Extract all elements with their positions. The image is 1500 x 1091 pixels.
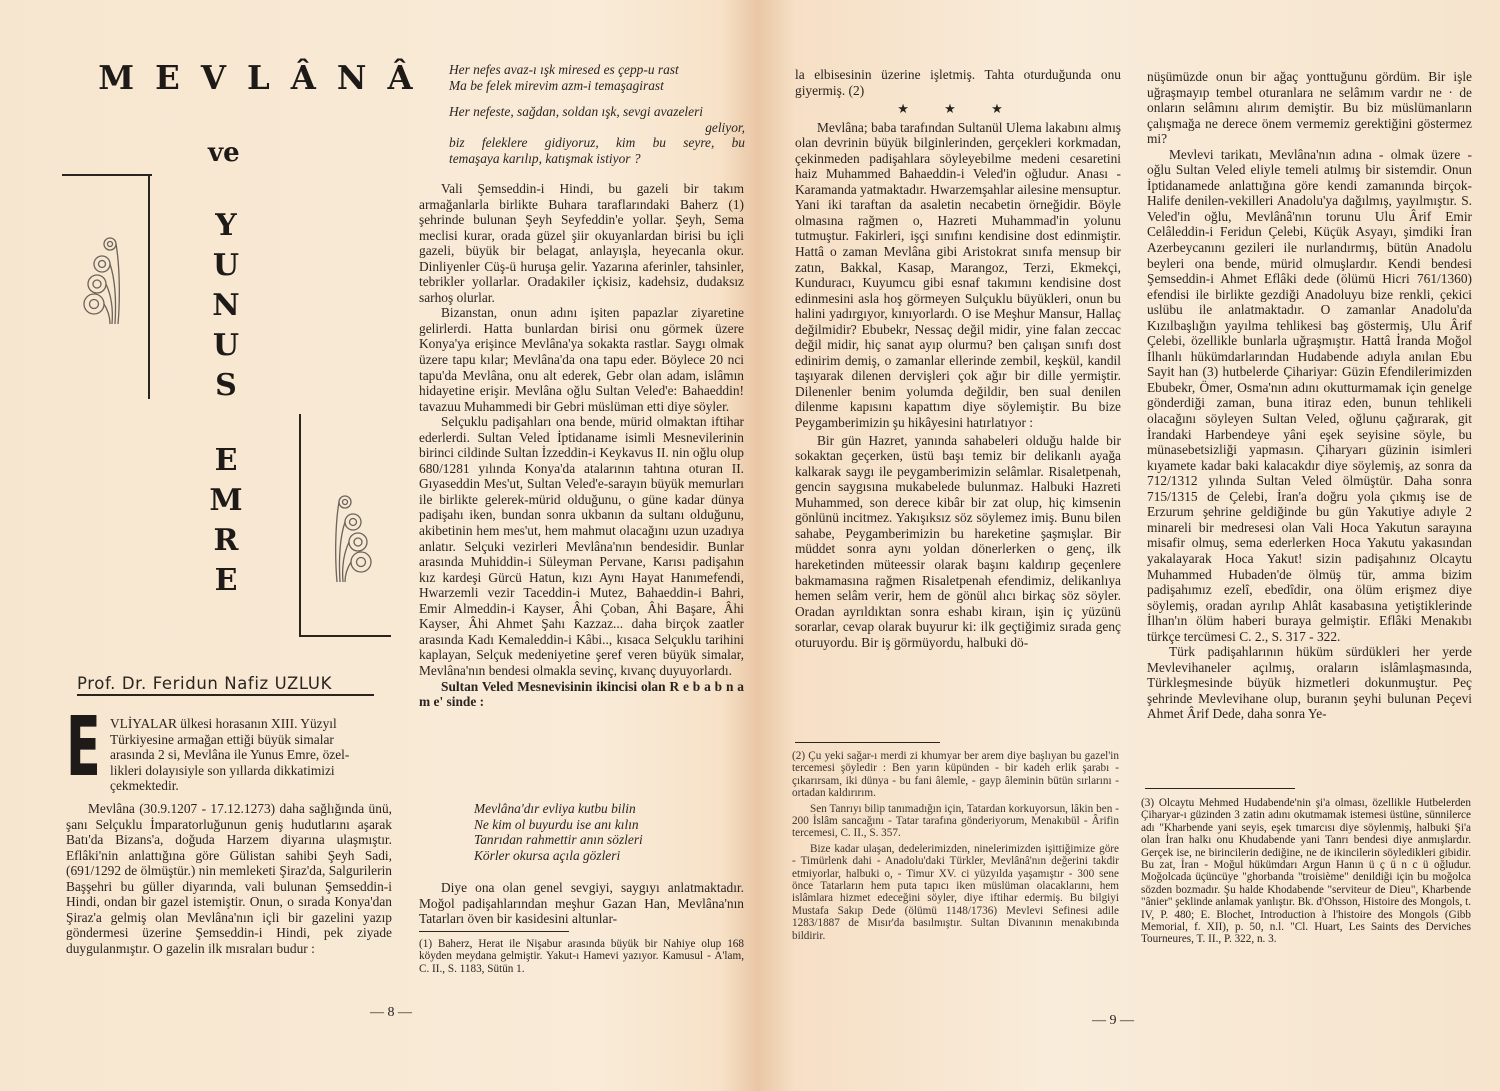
section-separator-stars: ★ ★ ★: [795, 101, 1121, 117]
right-col2-body: nüşümüzde onun bir ağaç yonttuğunu gördü…: [1147, 69, 1472, 722]
verse-line: Her nefes avaz-ı ışk miresed es çepp-u r…: [449, 62, 754, 78]
frame-bottom-line: [299, 635, 391, 637]
scroll-ornament-icon: [80, 232, 130, 327]
verse-line: Her nefeste, sağdan, soldan ışk, sevgi a…: [449, 104, 745, 120]
footnote-separator: [795, 742, 940, 743]
footnote-text: (1) Baherz, Herat ile Nişabur arasında b…: [419, 938, 744, 975]
paragraph: Bir gün Hazret, yanında sahabeleri olduğ…: [795, 433, 1121, 651]
verse-line: Ne kim ol buyurdu ise anı kılın: [474, 817, 744, 833]
vertical-title-letter: R: [206, 523, 246, 558]
page-number-left: — 8 —: [370, 1005, 412, 1021]
intro-line: likleri dolayısiyle son yıllarda dikkati…: [110, 763, 392, 779]
verse-line: Tanrıdan rahmettir anın sözleri: [474, 832, 744, 848]
verse-original: Her nefes avaz-ı ışk miresed es çepp-u r…: [449, 62, 754, 93]
page-number-right: — 9 —: [1092, 1013, 1134, 1029]
footnote-2: (2) Çu yeki sağar-ı merdi zi khumyar ber…: [792, 750, 1119, 942]
verse-line: temaşaya karılıp, katışmak istiyor ?: [449, 151, 745, 167]
footnote-text: Sen Tanrıyı bilip tanımadığın için, Tata…: [792, 803, 1119, 840]
verse-rebabname: Mevlâna'dır evliya kutbu bilin Ne kim ol…: [474, 801, 744, 863]
vertical-title-letter: U: [206, 328, 246, 363]
vertical-title-letter: Y: [206, 208, 246, 243]
verse-line: geliyor,: [449, 120, 745, 136]
footnote-separator: [419, 931, 569, 932]
paragraph: Sultan Veled Mesnevisinin ikincisi olan …: [419, 679, 744, 710]
paragraph: Diye ona olan genel sevgiyi, saygıyı anl…: [419, 880, 744, 927]
title-conjunction: ve: [208, 138, 240, 168]
footnote-text: Bize kadar ulaşan, dedelerimizden, ninel…: [792, 843, 1119, 942]
paragraph: Mevlâna (30.9.1207 - 17.12.1273) daha sa…: [66, 801, 392, 956]
frame-top-line: [62, 174, 152, 176]
vertical-title-letter: S: [206, 368, 246, 403]
paragraph: Mevlevi tarikatı, Mevlâna'nın adına - ol…: [1147, 147, 1472, 645]
left-col2-body-end: Diye ona olan genel sevgiyi, saygıyı anl…: [419, 880, 744, 927]
footnote-text: (3) Olcaytu Mehmed Hudabende'nin şi'a ol…: [1141, 797, 1471, 946]
paragraph: nüşümüzde onun bir ağaç yonttuğunu gördü…: [1147, 69, 1472, 147]
verse-line: biz feleklere gidiyoruz, kim bu seyre, b…: [449, 135, 745, 151]
article-title: M E V L Â N Â: [98, 58, 417, 97]
paragraph: Vali Şemseddin-i Hindi, bu gazeli bir ta…: [419, 181, 744, 305]
footnote-separator: [1145, 788, 1295, 789]
intro-line: çekmektedir.: [110, 778, 392, 794]
drop-cap: E: [66, 715, 101, 781]
verse-line: Körler okursa açıla gözleri: [474, 848, 744, 864]
scroll-ornament-icon: [325, 490, 375, 585]
verse-line: Mevlâna'dır evliya kutbu bilin: [474, 801, 744, 817]
author-underline: [77, 694, 374, 696]
footnote-3: (3) Olcaytu Mehmed Hudabende'nin şi'a ol…: [1141, 797, 1471, 946]
frame-right-line: [299, 414, 301, 636]
verse-translation: Her nefeste, sağdan, soldan ışk, sevgi a…: [449, 104, 745, 166]
footnote-text: (2) Çu yeki sağar-ı merdi zi khumyar ber…: [792, 750, 1119, 800]
left-col2-body: Vali Şemseddin-i Hindi, bu gazeli bir ta…: [419, 181, 744, 710]
intro-paragraph: VLİYALAR ülkesi horasanın XIII. Yüzyıl T…: [110, 716, 392, 794]
vertical-title-letter: E: [206, 563, 246, 598]
right-col1-body-top: la elbisesinin üzerine işletmiş. Tahta o…: [795, 67, 1121, 650]
author-byline: Prof. Dr. Feridun Nafiz UZLUK: [77, 674, 332, 693]
vertical-title-letter: U: [206, 248, 246, 283]
intro-line: Türkiyesine armağan ettiği büyük simalar: [110, 732, 392, 748]
paragraph: Mevlâna; baba tarafından Sultanül Ulema …: [795, 120, 1121, 431]
verse-line: Ma be felek mirevim azm-i temaşagirast: [449, 78, 754, 94]
paragraph: Türk padişahlarının hüküm sürdükleri her…: [1147, 644, 1472, 722]
paragraph: Bizanstan, onun adını işiten papazlar zi…: [419, 305, 744, 414]
intro-line: VLİYALAR ülkesi horasanın XIII. Yüzyıl: [110, 716, 392, 732]
frame-left-line: [148, 174, 150, 399]
paragraph: la elbisesinin üzerine işletmiş. Tahta o…: [795, 67, 1121, 98]
paragraph: Selçuklu padişahları ona bende, mürid ol…: [419, 414, 744, 678]
footnote-1: (1) Baherz, Herat ile Nişabur arasında b…: [419, 938, 744, 975]
vertical-title-letter: E: [206, 443, 246, 478]
vertical-title-letter: M: [206, 483, 246, 518]
vertical-title-letter: N: [206, 288, 246, 323]
intro-line: arasında 2 si, Mevlâna ile Yunus Emre, ö…: [110, 747, 392, 763]
left-col1-body: Mevlâna (30.9.1207 - 17.12.1273) daha sa…: [66, 801, 392, 956]
